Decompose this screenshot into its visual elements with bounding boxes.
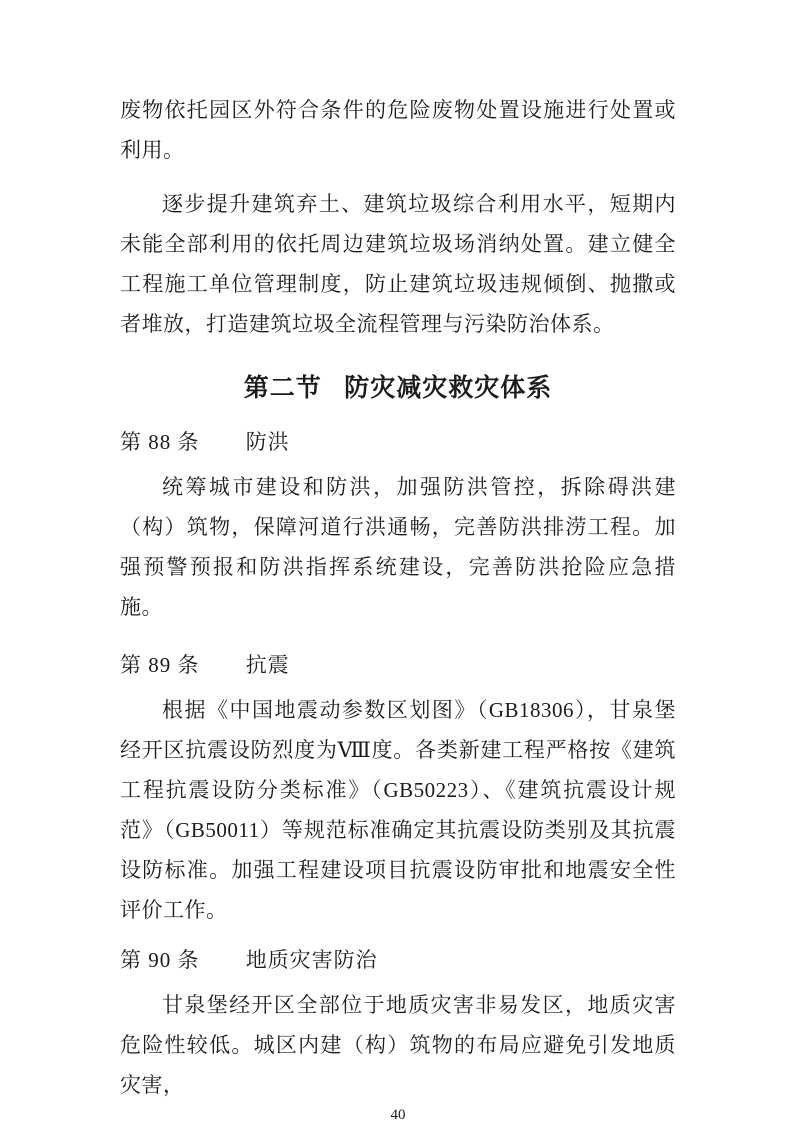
article-90: 第 90 条地质灾害防治 甘泉堡经开区全部位于地质灾害非易发区，地质灾害危险性较… <box>120 940 676 1105</box>
section-heading-title: 防灾减灾救灾体系 <box>344 374 552 402</box>
section-heading-label: 第二节 <box>244 374 322 402</box>
paragraph-construction-waste: 逐步提升建筑弃土、建筑垃圾综合利用水平，短期内未能全部利用的依托周边建筑垃圾场消… <box>120 184 676 344</box>
article-88-heading: 第 88 条防洪 <box>120 422 676 462</box>
page-number: 40 <box>120 1105 676 1122</box>
article-89-number: 第 89 条 <box>120 653 200 677</box>
article-88: 第 88 条防洪 统筹城市建设和防洪，加强防洪管控，拆除碍洪建（构）筑物，保障河… <box>120 422 676 627</box>
article-90-title: 地质灾害防治 <box>246 948 378 972</box>
article-88-body: 统筹城市建设和防洪，加强防洪管控，拆除碍洪建（构）筑物，保障河道行洪通畅，完善防… <box>120 467 676 627</box>
article-88-number: 第 88 条 <box>120 430 200 454</box>
article-89-title: 抗震 <box>246 653 290 677</box>
article-89-body: 根据《中国地震动参数区划图》（GB18306），甘泉堡经开区抗震设防烈度为Ⅷ度。… <box>120 690 676 930</box>
article-90-number: 第 90 条 <box>120 948 200 972</box>
article-89: 第 89 条抗震 根据《中国地震动参数区划图》（GB18306），甘泉堡经开区抗… <box>120 645 676 930</box>
article-90-body: 甘泉堡经开区全部位于地质灾害非易发区，地质灾害危险性较低。城区内建（构）筑物的布… <box>120 985 676 1105</box>
document-page: 废物依托园区外符合条件的危险废物处置设施进行处置或利用。 逐步提升建筑弃土、建筑… <box>0 0 793 1122</box>
article-90-heading: 第 90 条地质灾害防治 <box>120 940 676 980</box>
article-88-title: 防洪 <box>246 430 290 454</box>
paragraph-continued-from-previous-page: 废物依托园区外符合条件的危险废物处置设施进行处置或利用。 <box>120 90 676 170</box>
article-89-heading: 第 89 条抗震 <box>120 645 676 685</box>
section-heading: 第二节防灾减灾救灾体系 <box>120 372 676 405</box>
